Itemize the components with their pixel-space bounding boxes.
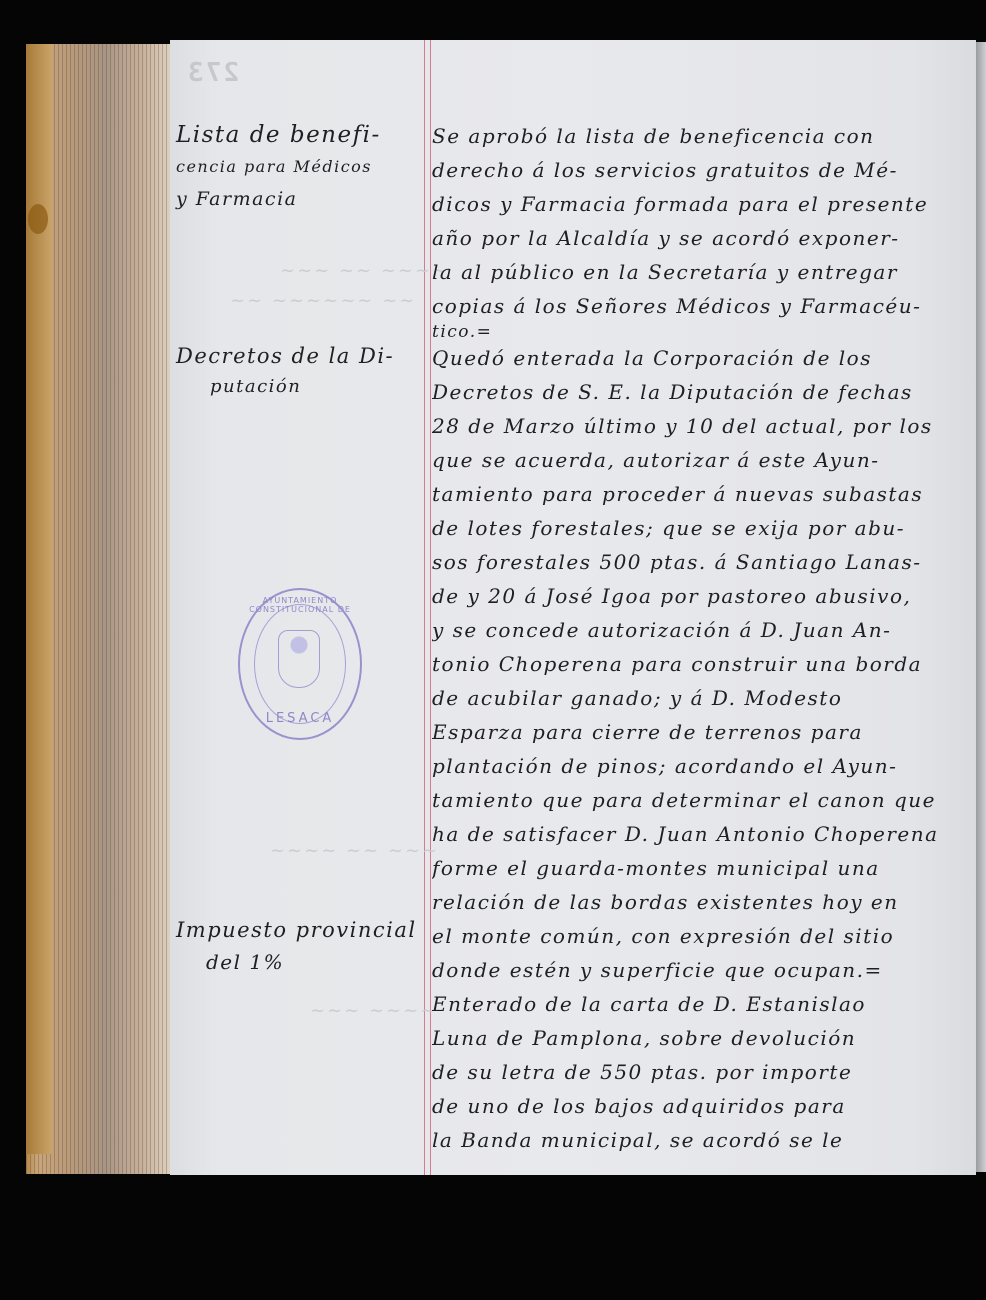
body-line: forme el guarda-montes municipal una [432, 856, 967, 880]
body-line: Enterado de la carta de D. Estanislao [432, 992, 967, 1016]
coat-of-arms-icon [278, 630, 320, 688]
body-line: plantación de pinos; acordando el Ayun- [432, 754, 967, 778]
body-line: derecho á los servicios gratuitos de Mé- [432, 158, 967, 182]
page-number: 273 [186, 58, 239, 88]
margin-heading-line: Decretos de la Di- [176, 344, 394, 368]
margin-heading-line: putación [210, 376, 301, 397]
stamp-bottom-text: LESACA [240, 711, 360, 726]
body-line: de uno de los bajos adquiridos para [432, 1094, 967, 1118]
margin-heading-line: del 1% [206, 950, 284, 974]
body-line: tico.= [432, 322, 967, 342]
body-line: Se aprobó la lista de beneficencia con [432, 124, 967, 148]
ledger-page: 273 ~~~ ~~ ~~~~ ~~ ~~~~~~ ~~ ~~~~ ~~ ~~~… [170, 40, 976, 1175]
municipal-stamp: AYUNTAMIENTO CONSTITUCIONAL DE LESACA [238, 588, 362, 740]
body-line: la Banda municipal, se acordó se le [432, 1128, 967, 1152]
bleed-through-text: ~~ ~~~~~~ ~~ [230, 290, 416, 311]
body-line: y se concede autorización á D. Juan An- [432, 618, 967, 642]
stamp-top-text: AYUNTAMIENTO CONSTITUCIONAL DE [240, 596, 360, 614]
margin-heading-line: cencia para Médicos [176, 157, 372, 176]
margin-heading-line: y Farmacia [176, 188, 297, 210]
page-block-edges [26, 44, 170, 1174]
body-line: Quedó enterada la Corporación de los [432, 346, 967, 370]
body-line: sos forestales 500 ptas. á Santiago Lana… [432, 550, 967, 574]
body-line: que se acuerda, autorizar á este Ayun- [432, 448, 967, 472]
body-line: de acubilar ganado; y á D. Modesto [432, 686, 967, 710]
bleed-through-text: ~~~ ~~~~ [310, 1000, 437, 1021]
body-line: Decretos de S. E. la Diputación de fecha… [432, 380, 967, 404]
body-line: Luna de Pamplona, sobre devolución [432, 1026, 967, 1050]
bleed-through-text: ~~~ ~~ ~~~~ [280, 260, 449, 281]
body-line: 28 de Marzo último y 10 del actual, por … [432, 414, 967, 438]
ledger-book: 273 ~~~ ~~ ~~~~ ~~ ~~~~~~ ~~ ~~~~ ~~ ~~~… [0, 0, 986, 1300]
body-line: año por la Alcaldía y se acordó exponer- [432, 226, 967, 250]
body-line: de y 20 á José Igoa por pastoreo abusivo… [432, 584, 967, 608]
body-line: tonio Choperena para construir una borda [432, 652, 967, 676]
body-line: el monte común, con expresión del sitio [432, 924, 967, 948]
body-line: relación de las bordas existentes hoy en [432, 890, 967, 914]
body-line: tamiento para proceder á nuevas subastas [432, 482, 967, 506]
body-line: de su letra de 550 ptas. por importe [432, 1060, 967, 1084]
facing-page-edge [976, 42, 986, 1172]
bleed-through-text: ~~~~ ~~ ~~~ [270, 840, 439, 861]
body-line: la al público en la Secretaría y entrega… [432, 260, 967, 284]
body-line: copias á los Señores Médicos y Farmacéu- [432, 294, 967, 318]
body-line: dicos y Farmacia formada para el present… [432, 192, 967, 216]
body-line: Esparza para cierre de terrenos para [432, 720, 967, 744]
body-line: ha de satisfacer D. Juan Antonio Chopere… [432, 822, 967, 846]
body-line: donde estén y superficie que ocupan.= [432, 958, 967, 982]
stain [28, 204, 48, 234]
margin-heading-line: Impuesto provincial [176, 918, 417, 942]
margin-heading-line: Lista de benefi- [176, 122, 381, 148]
body-line: de lotes forestales; que se exija por ab… [432, 516, 967, 540]
body-line: tamiento que para determinar el canon qu… [432, 788, 967, 812]
